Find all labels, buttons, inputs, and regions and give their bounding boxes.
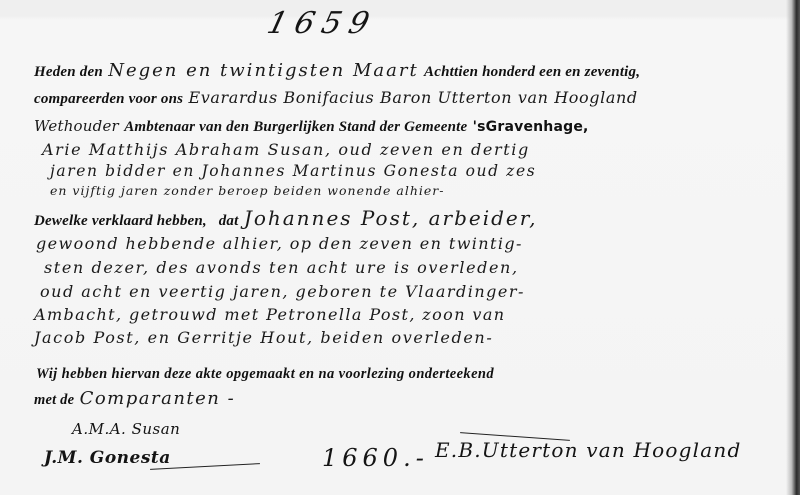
- signature-official: E.B.Utterton van Hoogland: [435, 438, 741, 462]
- signature-witness-2: J.M. Gonesta: [44, 448, 171, 468]
- line-ambtenaar: Wethouder Ambtenaar van den Burgerlijken…: [34, 116, 589, 136]
- handwritten-official-name: Evarardus Bonifacius Baron Utterton van …: [189, 88, 638, 107]
- printed-compareerden: compareerden voor ons: [34, 91, 183, 107]
- handwritten-deceased: Johannes Post, arbeider,: [244, 206, 538, 230]
- line-age-birthplace: oud acht en veertig jaren, geboren te Vl…: [40, 282, 525, 301]
- line-witness-2: jaren bidder en Johannes Martinus Gonest…: [50, 162, 536, 180]
- record-number: 1659: [264, 6, 381, 41]
- printed-ambtenaar: Ambtenaar van den Burgerlijken Stand der…: [124, 119, 467, 135]
- printed-heden-den: Heden den: [34, 64, 103, 80]
- line-deceased-name: Dewelke verklaard hebben, dat Johannes P…: [34, 206, 537, 230]
- line-parents: Jacob Post, en Gerritje Hout, beiden ove…: [34, 328, 493, 347]
- line-date: Heden den Negen en twintigsten Maart Ach…: [34, 60, 640, 81]
- handwritten-date: Negen en twintigsten Maart: [108, 60, 419, 81]
- handwritten-comparanten: Comparanten -: [80, 388, 236, 409]
- next-record-number: 1660.-: [322, 444, 429, 472]
- printed-met-de: met de: [34, 392, 74, 408]
- line-compareerden: compareerden voor ons Evarardus Bonifaci…: [34, 88, 638, 108]
- printed-gemeente-name: 'sGravenhage,: [473, 119, 589, 135]
- signature-witness-1: A.M.A. Susan: [72, 420, 180, 438]
- line-witness-1: Arie Matthijs Abraham Susan, oud zeven e…: [42, 140, 530, 159]
- printed-year: Achttien honderd een en zeventig,: [424, 64, 640, 80]
- printed-dewelke: Dewelke verklaard hebben, dat: [34, 213, 239, 229]
- line-closing-statement: Wij hebben hiervan deze akte opgemaakt e…: [36, 366, 494, 383]
- line-death-time: sten dezer, des avonds ten acht ure is o…: [44, 258, 519, 277]
- line-comparanten: met de Comparanten -: [34, 388, 235, 409]
- page-binding-edge: [786, 0, 800, 495]
- scanned-document-page: 1659 Heden den Negen en twintigsten Maar…: [0, 0, 800, 495]
- line-residence: gewoond hebbende alhier, op den zeven en…: [36, 234, 523, 253]
- line-spouse: Ambacht, getrouwd met Petronella Post, z…: [34, 305, 505, 324]
- handwritten-wethouder: Wethouder: [34, 117, 119, 135]
- line-witness-3: en vijftig jaren zonder beroep beiden wo…: [50, 183, 445, 198]
